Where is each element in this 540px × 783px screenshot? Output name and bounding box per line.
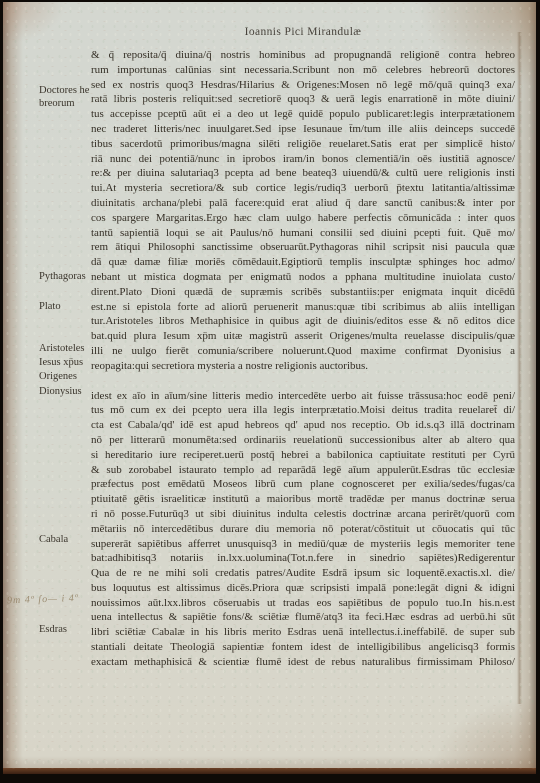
text-line: est.ne si epistola forte ad aliorū perue…	[91, 300, 515, 315]
text-line: bat.quid plura Iesum xp̄m uitæ magistrū …	[91, 329, 515, 344]
margin-note-cabala: Cabala	[39, 533, 97, 546]
margin-note-dionysius: Dionysius	[39, 385, 97, 398]
text-line: nec traderet litteris/nec inuulgaret.Sed…	[91, 122, 515, 137]
text-line: supererāt sapiētibus afferret unusquisq3…	[91, 537, 515, 552]
text-line: & sub zorobabel istaurato templo ad repa…	[91, 463, 515, 478]
text-line: rem ātiqui Philosophi sanctissime obseru…	[91, 240, 515, 255]
text-line: ri nō posse.Futurūq3 ut sibi diuinitus i…	[91, 507, 515, 522]
text-line: cta est Cabala/qd' idē est apud hebreos …	[91, 418, 515, 433]
text-line: nō per litterarū monumēta:sed ordinariis…	[91, 433, 515, 448]
margin-note-doctores-hebreorum: Doctores hebreorum	[39, 84, 97, 110]
text-line: dirent.Plato Dioni quædā de supræmis scr…	[91, 285, 515, 300]
text-line: cos spargere Margaritas.Ergo hæc clam uu…	[91, 211, 515, 226]
text-line: libri sciētiæ Cabalæ in his libris merit…	[91, 625, 515, 640]
text-line: sed ex nostris quoq3 Hesdras/Hilarius & …	[91, 78, 515, 93]
text-line: idest ex aīo in aīum/sine litteris medio…	[91, 389, 515, 404]
text-line: ptiuitatē gētis israeliticæ institutū a …	[91, 492, 515, 507]
text-line: re:& per diuina salutariaq3 pcepta ad be…	[91, 166, 515, 181]
text-line: tui.At mysteria secretiora/& sub cortice…	[91, 181, 515, 196]
text-line: dā quæ damæ filiæ moriēs cōmēdauit.Egipt…	[91, 255, 515, 270]
text-line: tantū sapientiā loqui se ait Paulus/nō h…	[91, 226, 515, 241]
margin-note-pythagoras: Pythagoras	[39, 270, 97, 283]
text-line: tur.Aristoteles libros Methaphisice in q…	[91, 314, 515, 329]
text-line: tus mō cum ex dei pcepto uera illa legis…	[91, 403, 515, 418]
running-head-title: Ioannis Pici Mirandulæ	[91, 26, 515, 38]
margin-note-plato: Plato	[39, 300, 97, 313]
text-line: diuinitatis archana/plebi palā facere:qu…	[91, 196, 515, 211]
margin-note-aristoteles: Aristoteles	[39, 342, 97, 355]
paragraph: & q̄ reposita/q̄ diuina/q̄ nostris homin…	[91, 48, 515, 374]
text-line: rum importunas calūnias sint necessaria.…	[91, 63, 515, 78]
margin-note-handwritten: 9m 4º ſo— i 4º	[7, 592, 87, 608]
text-line: & q̄ reposita/q̄ diuina/q̄ nostris homin…	[91, 48, 515, 63]
text-line: bat:adhibitisq3 notariis in.lxx.uolumina…	[91, 551, 515, 566]
page-right-crease	[517, 32, 522, 704]
paragraph: idest ex aīo in aīum/sine litteris medio…	[91, 389, 515, 670]
text-line: præfectus post emēdatū Moseos librū cum …	[91, 477, 515, 492]
body-text: & q̄ reposita/q̄ diuina/q̄ nostris homin…	[91, 48, 515, 670]
text-line: uena intellectus & sapiētie fons/& sciēt…	[91, 610, 515, 625]
text-line: ratā libris posteris reliquit:sed secret…	[91, 92, 515, 107]
margin-column: Doctores hebreorumPythagorasPlatoAristot…	[3, 2, 91, 774]
text-line: illi ne uulgo fierēt comunia/scribere no…	[91, 344, 515, 359]
text-line: exactam methaphisicā & scientiæ flumē id…	[91, 655, 515, 670]
text-line: reopagita:qui secretiora mysteria a nost…	[91, 359, 515, 374]
text-line: tibus sacerdotū primoribus/magna silēti …	[91, 137, 515, 152]
text-line: tus accepisse pceptū aūt ei a deo ut leg…	[91, 107, 515, 122]
text-line: nouissimos aūt.lxx.libros cōseruabis ut …	[91, 596, 515, 611]
margin-note-iesus-xpus: Iesus xp̄us	[39, 356, 97, 369]
text-line: nebant ut mistica dogmata per enigmatū n…	[91, 270, 515, 285]
text-line: riā nunc dei potentiā/nunc in iprobos ir…	[91, 152, 515, 167]
text-line: bus loquutus est altissimus dicēs.Priora…	[91, 581, 515, 596]
text-line: si hereditario iure reciperet.uerū postq…	[91, 448, 515, 463]
margin-note-origenes: Origenes	[39, 370, 97, 383]
scanned-page: Ioannis Pici Mirandulæ Doctores hebreoru…	[3, 2, 536, 774]
text-line: Qua de re ne mihi soli credatis patres/A…	[91, 566, 515, 581]
text-line: stantiali deitate Theologiā sapientiæ fo…	[91, 640, 515, 655]
margin-note-esdras: Esdras	[39, 623, 97, 636]
text-line: mētariis nō intercedētibus durare diu me…	[91, 522, 515, 537]
